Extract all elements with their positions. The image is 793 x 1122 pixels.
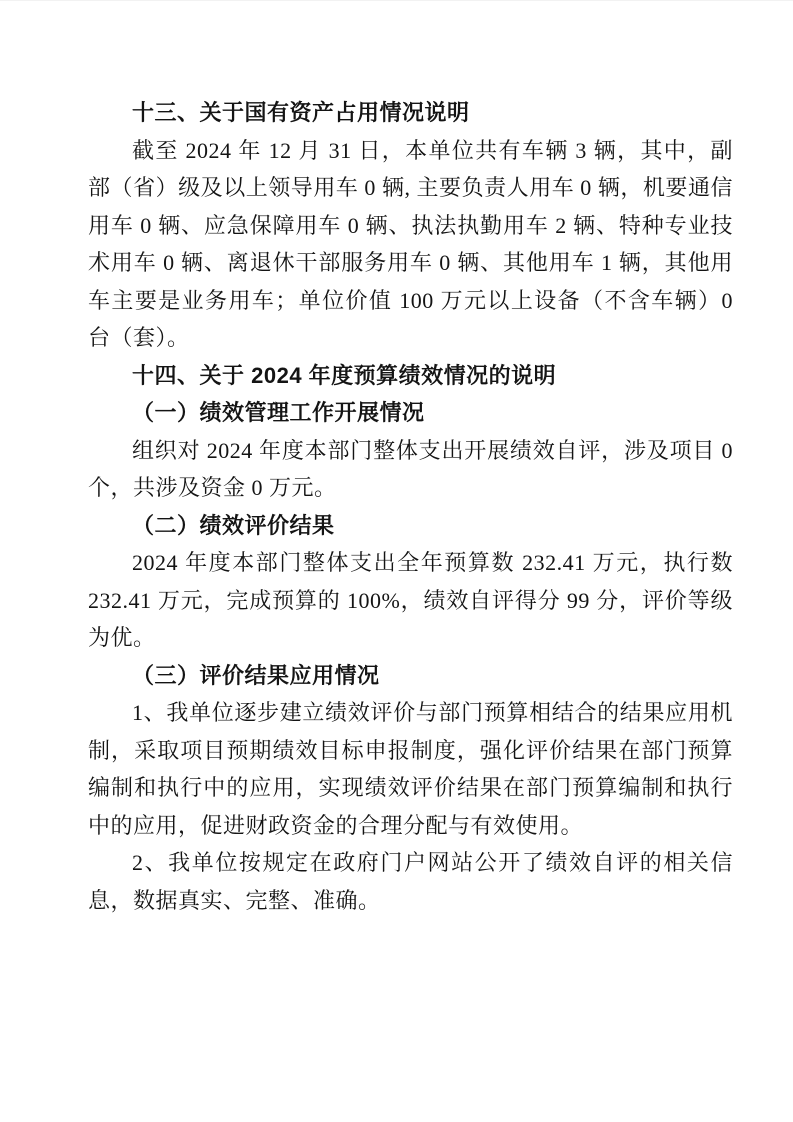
- subsection-1-performance-management-heading: （一）绩效管理工作开展情况: [88, 394, 733, 432]
- subsection-3-results-application-heading: （三）评价结果应用情况: [88, 657, 733, 695]
- subsection-2-paragraph: 2024 年度本部门整体支出全年预算数 232.41 万元，执行数 232.41…: [88, 544, 733, 657]
- subsection-2-evaluation-results-heading: （二）绩效评价结果: [88, 507, 733, 545]
- subsection-1-paragraph: 组织对 2024 年度本部门整体支出开展绩效自评，涉及项目 0 个，共涉及资金 …: [88, 432, 733, 507]
- section-13-asset-usage-paragraph: 截至 2024 年 12 月 31 日，本单位共有车辆 3 辆，其中，副部（省）…: [88, 132, 733, 357]
- document-page: 十三、关于国有资产占用情况说明 截至 2024 年 12 月 31 日，本单位共…: [0, 0, 793, 1122]
- subsection-3-paragraph-1: 1、我单位逐步建立绩效评价与部门预算相结合的结果应用机制，采取项目预期绩效目标申…: [88, 694, 733, 844]
- section-13-heading: 十三、关于国有资产占用情况说明: [88, 94, 733, 132]
- subsection-3-paragraph-2: 2、我单位按规定在政府门户网站公开了绩效自评的相关信息，数据真实、完整、准确。: [88, 844, 733, 919]
- section-14-heading: 十四、关于 2024 年度预算绩效情况的说明: [88, 357, 733, 395]
